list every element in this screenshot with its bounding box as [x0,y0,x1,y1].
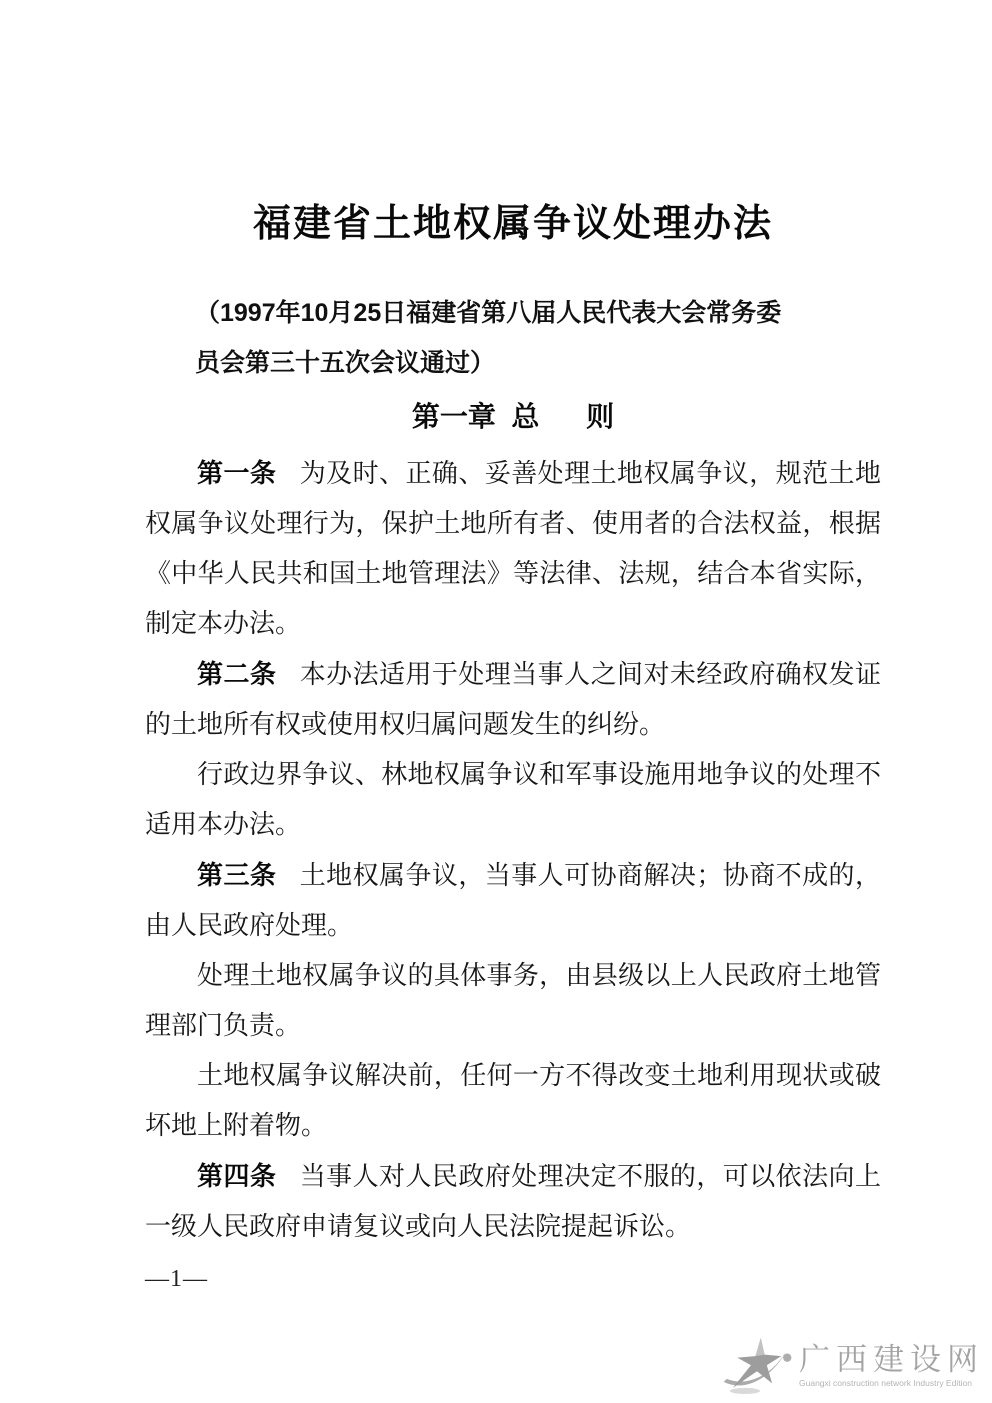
watermark-text: 广西建设网 Guangxi construction network Indus… [799,1343,984,1389]
document-subtitle: （1997年10月25日福建省第八届人民代表大会常务委 员会第三十五次会议通过） [145,288,881,388]
subtitle-line-2: 员会第三十五次会议通过） [195,338,881,388]
document-body: 第一条为及时、正确、妥善处理土地权属争议，规范土地权属争议处理行为，保护土地所有… [145,448,881,1252]
body-paragraph: 处理土地权属争议的具体事务，由县级以上人民政府土地管理部门负责。 [145,951,881,1051]
paragraph-text: 土地权属争议解决前，任何一方不得改变土地利用现状或破坏地上附着物。 [145,1061,881,1140]
article-number: 第二条 [197,659,276,689]
star-logo-icon [719,1335,795,1397]
article-number: 第一条 [197,458,276,488]
body-paragraph: 第四条当事人对人民政府处理决定不服的，可以依法向上一级人民政府申请复议或向人民法… [145,1151,881,1252]
chapter-heading: 第一章 总 则 [145,392,881,442]
page-number: —1— [145,1254,881,1304]
article-number: 第四条 [197,1161,276,1191]
paragraph-text: 行政边界争议、林地权属争议和军事设施用地争议的处理不适用本办法。 [145,760,881,839]
body-paragraph: 第二条本办法适用于处理当事人之间对未经政府确权发证的土地所有权或使用权归属问题发… [145,649,881,750]
body-paragraph: 第一条为及时、正确、妥善处理土地权属争议，规范土地权属争议处理行为，保护土地所有… [145,448,881,649]
document-title: 福建省土地权属争议处理办法 [145,198,881,250]
watermark: 广西建设网 Guangxi construction network Indus… [719,1335,984,1397]
document-page: 福建省土地权属争议处理办法 （1997年10月25日福建省第八届人民代表大会常务… [0,0,992,1403]
body-paragraph: 第三条土地权属争议，当事人可协商解决；协商不成的，由人民政府处理。 [145,850,881,951]
body-paragraph: 行政边界争议、林地权属争议和军事设施用地争议的处理不适用本办法。 [145,750,881,850]
paragraph-text: 处理土地权属争议的具体事务，由县级以上人民政府土地管理部门负责。 [145,961,881,1040]
document-content: 福建省土地权属争议处理办法 （1997年10月25日福建省第八届人民代表大会常务… [145,0,881,1304]
article-number: 第三条 [197,860,276,890]
watermark-tagline: Guangxi construction network Industry Ed… [799,1377,984,1389]
subtitle-line-1: （1997年10月25日福建省第八届人民代表大会常务委 [195,288,881,338]
watermark-site-name: 广西建设网 [799,1343,984,1377]
body-paragraph: 土地权属争议解决前，任何一方不得改变土地利用现状或破坏地上附着物。 [145,1051,881,1151]
